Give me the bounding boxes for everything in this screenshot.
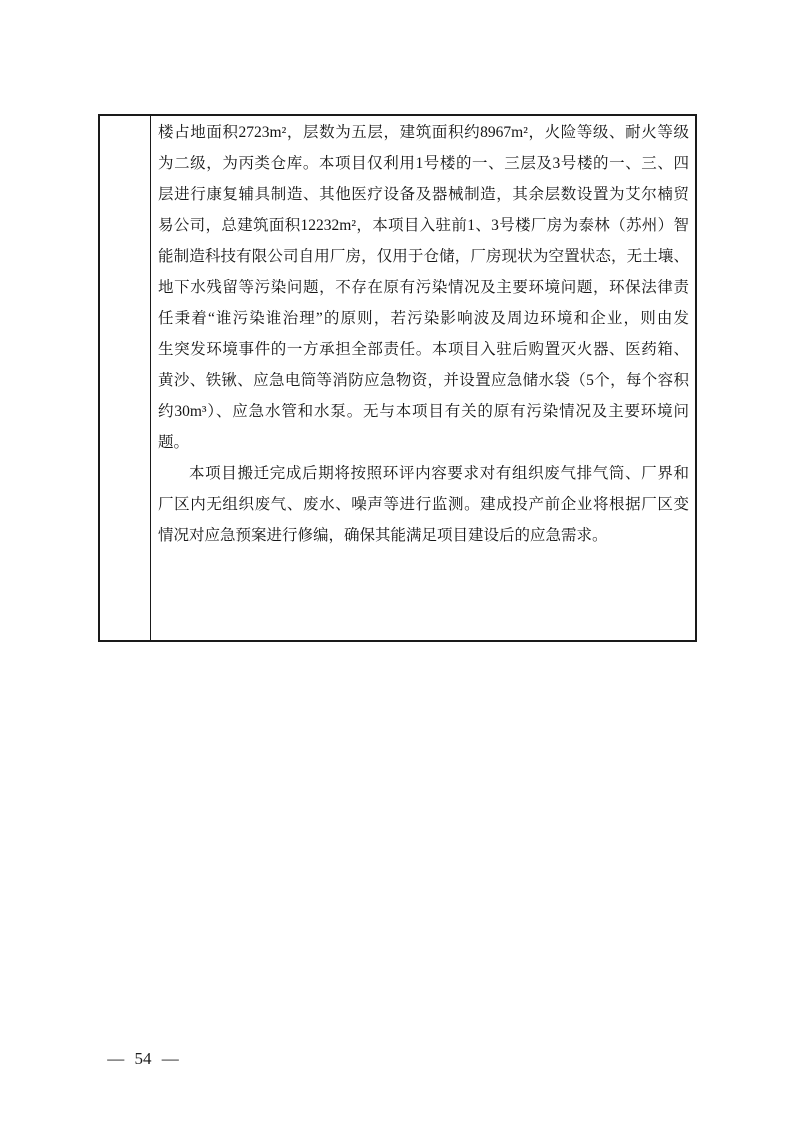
text-line: 黄沙、铁锹、应急电筒等消防应急物资，并设置应急储水袋（5个，每个容积 xyxy=(158,365,689,396)
text-line: 情况对应急预案进行修编，确保其能满足项目建设后的应急需求。 xyxy=(158,520,689,551)
table-label-cell xyxy=(100,116,151,640)
text-line: 易公司，总建筑面积12232m²，本项目入驻前1、3号楼厂房为泰林（苏州）智 xyxy=(158,210,689,241)
content-table: 楼占地面积2723m²，层数为五层，建筑面积约8967m²，火险等级、耐火等级为… xyxy=(98,114,697,642)
text-line: 任秉着“谁污染谁治理”的原则，若污染影响波及周边环境和企业，则由发 xyxy=(158,303,689,334)
text-line: 地下水残留等污染问题，不存在原有污染情况及主要环境问题，环保法律责 xyxy=(158,272,689,303)
text-line: 楼占地面积2723m²，层数为五层，建筑面积约8967m²，火险等级、耐火等级 xyxy=(158,117,689,148)
text-line: 为二级，为丙类仓库。本项目仅利用1号楼的一、三层及3号楼的一、三、四 xyxy=(158,148,689,179)
text-line: 约30m³）、应急水管和水泵。无与本项目有关的原有污染情况及主要环境问 xyxy=(158,396,689,427)
text-line: 厂区内无组织废气、废水、噪声等进行监测。建成投产前企业将根据厂区变 xyxy=(158,489,689,520)
text-line: 题。 xyxy=(158,427,689,458)
text-line: 能制造科技有限公司自用厂房，仅用于仓储，厂房现状为空置状态，无土壤、 xyxy=(158,241,689,272)
paragraph-previous-pollution: 楼占地面积2723m²，层数为五层，建筑面积约8967m²，火险等级、耐火等级为… xyxy=(158,117,689,458)
paragraph-monitoring-plan: 本项目搬迁完成后期将按照环评内容要求对有组织废气排气筒、厂界和厂区内无组织废气、… xyxy=(158,458,689,551)
document-page: 楼占地面积2723m²，层数为五层，建筑面积约8967m²，火险等级、耐火等级为… xyxy=(0,0,793,1122)
text-line: 层进行康复辅具制造、其他医疗设备及器械制造，其余层数设置为艾尔楠贸 xyxy=(158,179,689,210)
text-line: 生突发环境事件的一方承担全部责任。本项目入驻后购置灭火器、医药箱、 xyxy=(158,334,689,365)
table-content-cell: 楼占地面积2723m²，层数为五层，建筑面积约8967m²，火险等级、耐火等级为… xyxy=(151,116,695,640)
page-number: — 54 — xyxy=(96,1048,190,1070)
text-line: 本项目搬迁完成后期将按照环评内容要求对有组织废气排气筒、厂界和 xyxy=(158,458,689,489)
